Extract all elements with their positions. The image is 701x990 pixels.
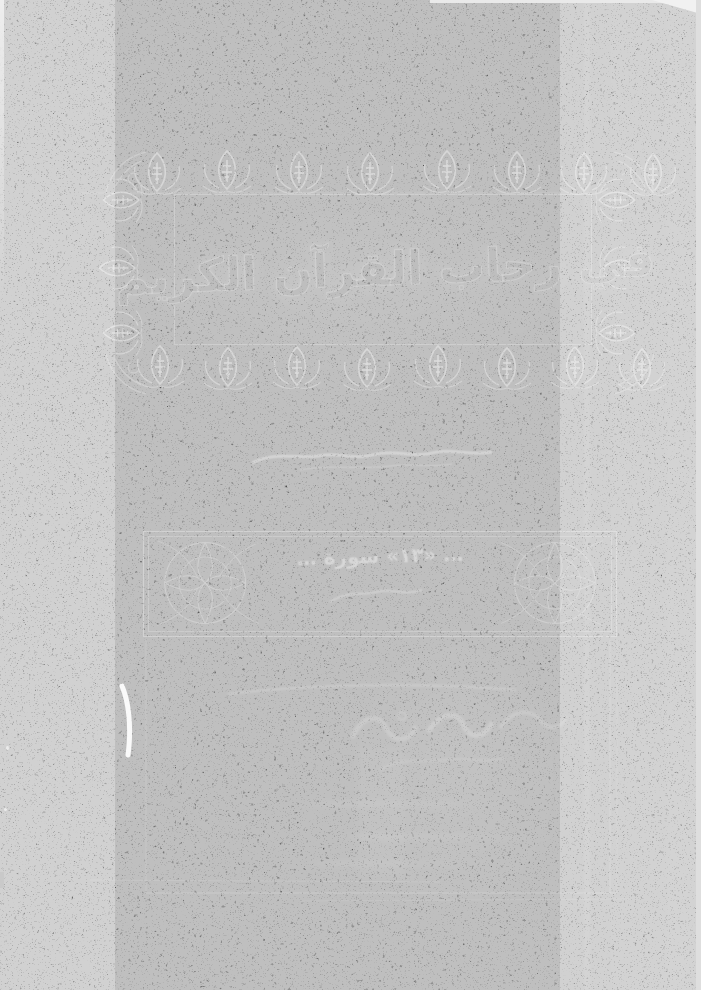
title-frame: في رحاب القرآن الكريم	[100, 143, 660, 405]
ghost-text-row	[290, 800, 520, 808]
scan-edge-bottom-left	[0, 872, 4, 888]
scanned-book-cover: في رحاب القرآن الكريم … «١٣» سورة …	[0, 0, 701, 990]
cover-title: في رحاب القرآن الكريم	[158, 195, 612, 343]
ghost-smear-column	[358, 748, 404, 878]
byline-ghost	[252, 451, 492, 470]
scan-speck	[4, 808, 7, 811]
scan-edge-left	[0, 0, 4, 300]
scratch-mark	[122, 686, 130, 755]
scan-speck	[6, 746, 9, 750]
ghost-arc-line	[228, 685, 516, 694]
surah-cartouche: … «١٣» سورة …	[143, 531, 617, 637]
scan-edge-right	[696, 0, 701, 990]
